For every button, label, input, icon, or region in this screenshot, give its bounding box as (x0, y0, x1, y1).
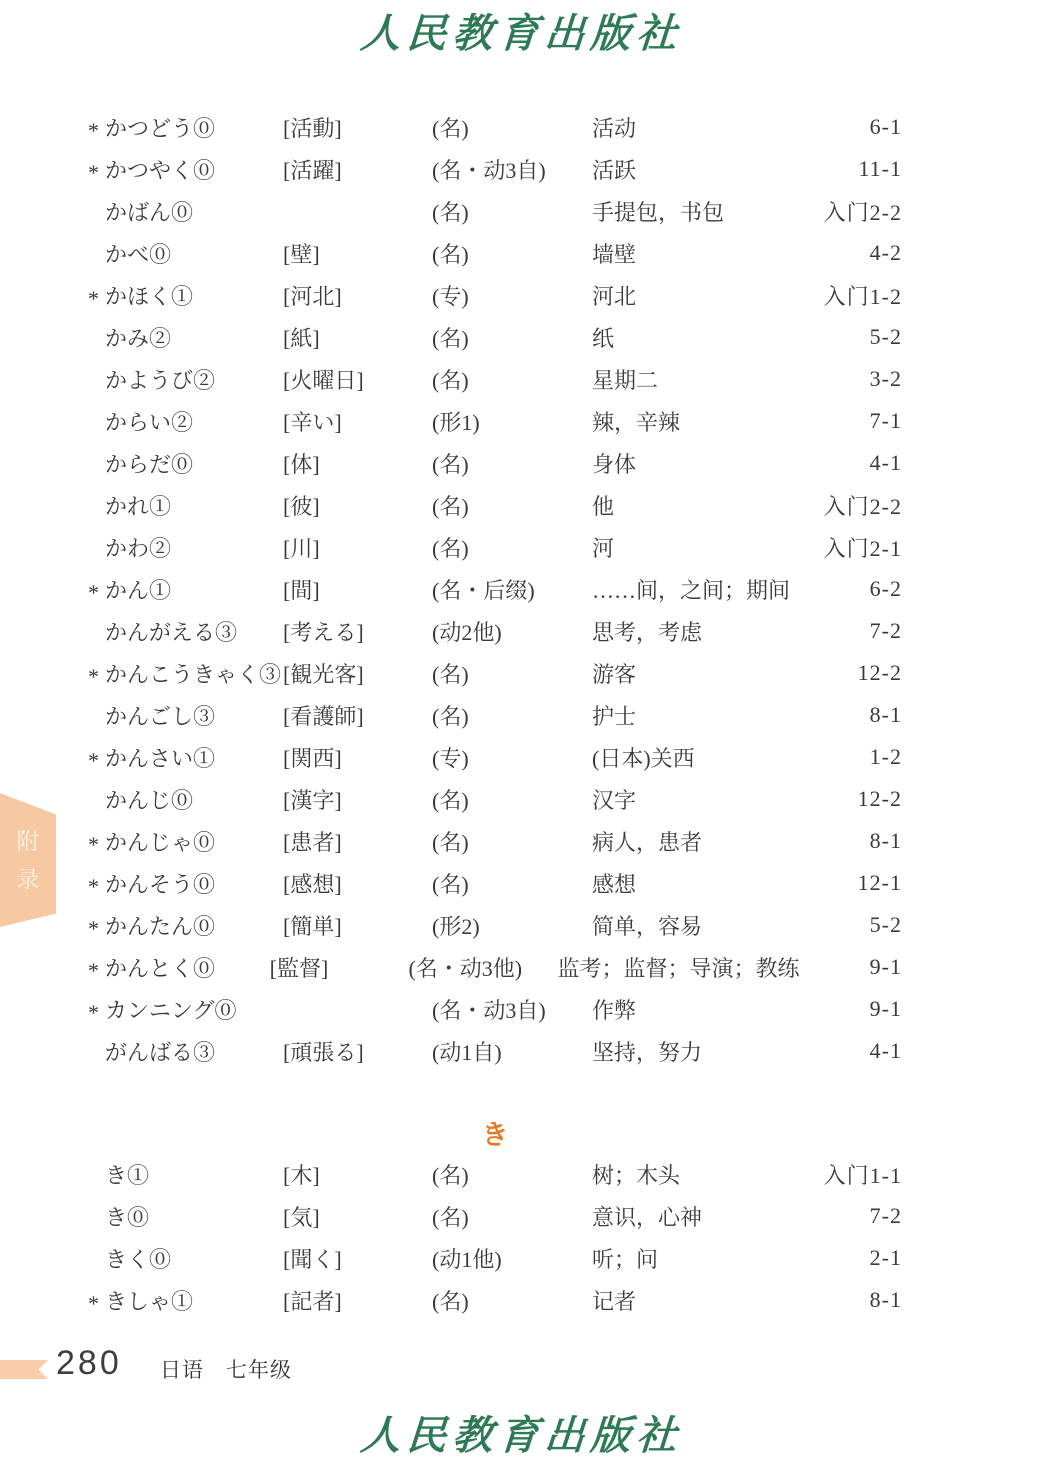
word-cell: かべ⓪ (88, 238, 283, 269)
meaning: 他 (592, 490, 792, 521)
word-kanji: [川] (283, 532, 432, 563)
word-kana: かようび② (105, 368, 215, 393)
word-kanji: [患者] (283, 826, 432, 857)
lesson-ref: 入门2-2 (792, 196, 902, 227)
vocab-row: *かんそう⓪[感想](名)感想12-1 (88, 862, 902, 904)
meaning: 监考；监督；导演；教练 (558, 952, 800, 983)
vocab-row: *かほく①[河北](专)河北入门1-2 (88, 274, 902, 316)
part-of-speech: (名) (432, 532, 592, 563)
lesson-ref: 入门2-2 (792, 490, 902, 521)
word-kana: かれ① (105, 494, 171, 519)
word-cell: かんじ⓪ (88, 784, 283, 815)
vocab-row: *かんさい①[関西](专)(日本)关西1-2 (88, 736, 902, 778)
word-cell: *きしゃ① (88, 1285, 283, 1316)
vocab-row: がんばる③[頑張る](动1自)坚持，努力4-1 (88, 1030, 902, 1072)
lesson-ref: 入门2-1 (792, 532, 902, 563)
word-cell: かみ② (88, 322, 283, 353)
lesson-ref: 入门1-1 (792, 1159, 902, 1190)
word-kanji: [考える] (283, 616, 432, 647)
word-cell: *カンニング⓪ (88, 994, 283, 1025)
word-kana: かんさい① (105, 746, 215, 771)
word-kanji: [漢字] (283, 784, 432, 815)
word-kanji: [活動] (283, 112, 432, 143)
word-cell: からだ⓪ (88, 448, 283, 479)
word-kana: からだ⓪ (105, 452, 193, 477)
word-cell: *かん① (88, 574, 283, 605)
meaning: 思考，考虑 (592, 616, 792, 647)
textbook-page: 人民教育出版社 *かつどう⓪[活動](名)活动6-1*かつやく⓪[活躍](名・动… (0, 0, 1043, 1474)
part-of-speech: (名) (432, 196, 592, 227)
word-cell: *かんそう⓪ (88, 868, 283, 899)
star-marker: * (88, 916, 105, 942)
word-kanji: [気] (283, 1201, 432, 1232)
vocab-row: きく⓪[聞く](动1他)听；问2-1 (88, 1237, 902, 1279)
meaning: 汉字 (592, 784, 792, 815)
publisher-logo-top: 人民教育出版社 (0, 12, 1043, 56)
word-kana: かんごし③ (105, 704, 215, 729)
word-cell: *かつどう⓪ (88, 112, 283, 143)
word-cell: かわ② (88, 532, 283, 563)
word-kana: かんとく⓪ (105, 956, 215, 981)
part-of-speech: (专) (432, 280, 592, 311)
meaning: 树；木头 (592, 1159, 792, 1190)
word-cell: かんごし③ (88, 700, 283, 731)
word-kanji: [間] (283, 574, 432, 605)
vocab-row: *きしゃ①[記者](名)记者8-1 (88, 1279, 902, 1321)
part-of-speech: (名) (432, 700, 592, 731)
vocab-row: かんごし③[看護師](名)护士8-1 (88, 694, 902, 736)
word-cell: かれ① (88, 490, 283, 521)
vocab-row: かれ①[彼](名)他入门2-2 (88, 484, 902, 526)
meaning: 活跃 (592, 154, 792, 185)
vocab-row: かばん⓪(名)手提包，书包入门2-2 (88, 190, 902, 232)
star-marker: * (88, 1291, 105, 1317)
lesson-ref: 3-2 (792, 366, 902, 392)
word-kana: かつどう⓪ (105, 116, 215, 141)
part-of-speech: (动1自) (432, 1036, 592, 1067)
lesson-ref: 9-1 (800, 954, 902, 980)
star-marker: * (88, 748, 105, 774)
lesson-ref: 1-2 (792, 744, 902, 770)
star-marker: * (88, 160, 105, 186)
part-of-speech: (名・动3自) (432, 154, 592, 185)
word-kana: かんじゃ⓪ (105, 830, 215, 855)
part-of-speech: (名) (432, 658, 592, 689)
publisher-logo-bottom: 人民教育出版社 (0, 1414, 1043, 1458)
word-kana: かんそう⓪ (105, 872, 215, 897)
footer-ribbon (0, 1360, 48, 1379)
word-cell: *かんこうきゃく③ (88, 658, 283, 689)
vocab-row: *かんじゃ⓪[患者](名)病人，患者8-1 (88, 820, 902, 862)
lesson-ref: 6-2 (792, 576, 902, 602)
part-of-speech: (名) (432, 364, 592, 395)
lesson-ref: 12-2 (792, 786, 902, 812)
word-kanji: [彼] (283, 490, 432, 521)
star-marker: * (88, 286, 105, 312)
vocab-row: *かつやく⓪[活躍](名・动3自)活跃11-1 (88, 148, 902, 190)
vocab-row: *カンニング⓪(名・动3自)作弊9-1 (88, 988, 902, 1030)
word-cell: *かほく① (88, 280, 283, 311)
vocab-row: *かつどう⓪[活動](名)活动6-1 (88, 106, 902, 148)
meaning: 作弊 (592, 994, 792, 1025)
lesson-ref: 8-1 (792, 1287, 902, 1313)
footer-book-title: 日语 七年级 (160, 1354, 292, 1384)
lesson-ref: 4-1 (792, 450, 902, 476)
word-kana: かんじ⓪ (105, 788, 193, 813)
meaning: 河北 (592, 280, 792, 311)
part-of-speech: (名・动3他) (408, 952, 557, 983)
part-of-speech: (名) (432, 238, 592, 269)
meaning: 纸 (592, 322, 792, 353)
word-cell: かんがえる③ (88, 616, 283, 647)
word-cell: き⓪ (88, 1201, 283, 1232)
vocab-table-ka: *かつどう⓪[活動](名)活动6-1*かつやく⓪[活躍](名・动3自)活跃11-… (88, 106, 902, 1072)
meaning: 病人，患者 (592, 826, 792, 857)
vocab-row: かみ②[紙](名)纸5-2 (88, 316, 902, 358)
word-cell: からい② (88, 406, 283, 437)
part-of-speech: (名) (432, 490, 592, 521)
lesson-ref: 12-2 (792, 660, 902, 686)
word-cell: がんばる③ (88, 1036, 283, 1067)
lesson-ref: 4-2 (792, 240, 902, 266)
word-kanji: [感想] (283, 868, 432, 899)
word-kanji: [聞く] (283, 1243, 432, 1274)
lesson-ref: 5-2 (792, 912, 902, 938)
vocab-row: き①[木](名)树；木头入门1-1 (88, 1153, 902, 1195)
lesson-ref: 6-1 (792, 114, 902, 140)
word-kanji: [記者] (283, 1285, 432, 1316)
meaning: ……间，之间；期间 (592, 574, 792, 605)
word-kana: かん① (105, 578, 171, 603)
vocab-table-ki: き①[木](名)树；木头入门1-1き⓪[気](名)意识，心神7-2きく⓪[聞く]… (88, 1153, 902, 1321)
word-kanji: [活躍] (283, 154, 432, 185)
vocab-row: かんがえる③[考える](动2他)思考，考虑7-2 (88, 610, 902, 652)
meaning: 星期二 (592, 364, 792, 395)
word-kanji: [監督] (270, 952, 409, 983)
star-marker: * (88, 832, 105, 858)
page-number: 280 (56, 1344, 122, 1383)
star-marker: * (88, 1000, 105, 1026)
lesson-ref: 5-2 (792, 324, 902, 350)
star-marker: * (88, 874, 105, 900)
vocab-row: かべ⓪[壁](名)墙壁4-2 (88, 232, 902, 274)
part-of-speech: (专) (432, 742, 592, 773)
vocab-row: からい②[辛い](形1)辣，辛辣7-1 (88, 400, 902, 442)
word-cell: *かんとく⓪ (88, 952, 270, 983)
side-tab-char-2: 录 (17, 868, 40, 891)
word-kana: かつやく⓪ (105, 158, 215, 183)
word-kana: きしゃ① (105, 1289, 193, 1314)
star-marker: * (88, 118, 105, 144)
part-of-speech: (名・动3自) (432, 994, 592, 1025)
lesson-ref: 8-1 (792, 702, 902, 728)
meaning: 简单，容易 (592, 910, 792, 941)
vocab-row: かようび②[火曜日](名)星期二3-2 (88, 358, 902, 400)
meaning: 意识，心神 (592, 1201, 792, 1232)
star-marker: * (88, 580, 105, 606)
vocab-row: からだ⓪[体](名)身体4-1 (88, 442, 902, 484)
word-cell: かようび② (88, 364, 283, 395)
meaning: 坚持，努力 (592, 1036, 792, 1067)
meaning: 游客 (592, 658, 792, 689)
word-kanji: [紙] (283, 322, 432, 353)
word-kana: がんばる③ (105, 1040, 215, 1065)
word-kana: かみ② (105, 326, 171, 351)
word-kana: かほく① (105, 284, 193, 309)
meaning: 辣，辛辣 (592, 406, 792, 437)
word-kanji: [簡単] (283, 910, 432, 941)
word-kanji: [頑張る] (283, 1036, 432, 1067)
lesson-ref: 7-2 (792, 1203, 902, 1229)
word-cell: *かんじゃ⓪ (88, 826, 283, 857)
word-cell: き① (88, 1159, 283, 1190)
vocab-row: *かんとく⓪[監督](名・动3他)监考；监督；导演；教练9-1 (88, 946, 902, 988)
vocab-row: *かん①[間](名・后缀)……间，之间；期间6-2 (88, 568, 902, 610)
word-kanji: [河北] (283, 280, 432, 311)
word-kana: かわ② (105, 536, 171, 561)
lesson-ref: 入门1-2 (792, 280, 902, 311)
part-of-speech: (名) (432, 1159, 592, 1190)
part-of-speech: (名) (432, 826, 592, 857)
star-marker: * (88, 664, 105, 690)
section-header-ki: き (88, 1113, 902, 1151)
word-kana: かんがえる③ (105, 620, 237, 645)
word-kanji: [体] (283, 448, 432, 479)
part-of-speech: (名) (432, 322, 592, 353)
part-of-speech: (名) (432, 112, 592, 143)
word-kanji: [観光客] (283, 658, 432, 689)
meaning: 手提包，书包 (592, 196, 792, 227)
word-cell: かばん⓪ (88, 196, 283, 227)
word-kana: きく⓪ (105, 1247, 171, 1272)
vocab-row: *かんこうきゃく③[観光客](名)游客12-2 (88, 652, 902, 694)
word-kana: かんたん⓪ (105, 914, 215, 939)
lesson-ref: 2-1 (792, 1245, 902, 1271)
meaning: 墙壁 (592, 238, 792, 269)
word-kana: き① (105, 1163, 149, 1188)
vocab-row: *かんたん⓪[簡単](形2)简单，容易5-2 (88, 904, 902, 946)
word-cell: *かんさい① (88, 742, 283, 773)
side-tab-char-1: 附 (17, 830, 40, 853)
lesson-ref: 12-1 (792, 870, 902, 896)
word-kana: かべ⓪ (105, 242, 171, 267)
word-kana: からい② (105, 410, 193, 435)
part-of-speech: (名) (432, 1285, 592, 1316)
word-cell: きく⓪ (88, 1243, 283, 1274)
part-of-speech: (形1) (432, 406, 592, 437)
part-of-speech: (动1他) (432, 1243, 592, 1274)
word-cell: *かんたん⓪ (88, 910, 283, 941)
meaning: (日本)关西 (592, 742, 792, 773)
star-marker: * (88, 958, 105, 984)
word-kana: かばん⓪ (105, 200, 193, 225)
lesson-ref: 9-1 (792, 996, 902, 1022)
vocab-row: き⓪[気](名)意识，心神7-2 (88, 1195, 902, 1237)
lesson-ref: 4-1 (792, 1038, 902, 1064)
vocab-row: かわ②[川](名)河入门2-1 (88, 526, 902, 568)
appendix-side-tab: 附 录 (0, 793, 56, 927)
part-of-speech: (名) (432, 448, 592, 479)
word-kana: き⓪ (105, 1205, 149, 1230)
word-kanji: [壁] (283, 238, 432, 269)
part-of-speech: (名) (432, 868, 592, 899)
word-kanji: [木] (283, 1159, 432, 1190)
lesson-ref: 11-1 (792, 156, 902, 182)
meaning: 河 (592, 532, 792, 563)
part-of-speech: (动2他) (432, 616, 592, 647)
part-of-speech: (名) (432, 784, 592, 815)
meaning: 身体 (592, 448, 792, 479)
word-kana: かんこうきゃく③ (105, 662, 281, 687)
lesson-ref: 7-2 (792, 618, 902, 644)
meaning: 活动 (592, 112, 792, 143)
word-cell: *かつやく⓪ (88, 154, 283, 185)
word-kanji: [辛い] (283, 406, 432, 437)
part-of-speech: (名) (432, 1201, 592, 1232)
word-kanji: [看護師] (283, 700, 432, 731)
part-of-speech: (形2) (432, 910, 592, 941)
vocab-row: かんじ⓪[漢字](名)汉字12-2 (88, 778, 902, 820)
lesson-ref: 8-1 (792, 828, 902, 854)
meaning: 记者 (592, 1285, 792, 1316)
part-of-speech: (名・后缀) (432, 574, 592, 605)
meaning: 护士 (592, 700, 792, 731)
meaning: 听；问 (592, 1243, 792, 1274)
word-kana: カンニング⓪ (105, 998, 237, 1023)
word-kanji: [火曜日] (283, 364, 432, 395)
meaning: 感想 (592, 868, 792, 899)
lesson-ref: 7-1 (792, 408, 902, 434)
word-kanji: [関西] (283, 742, 432, 773)
